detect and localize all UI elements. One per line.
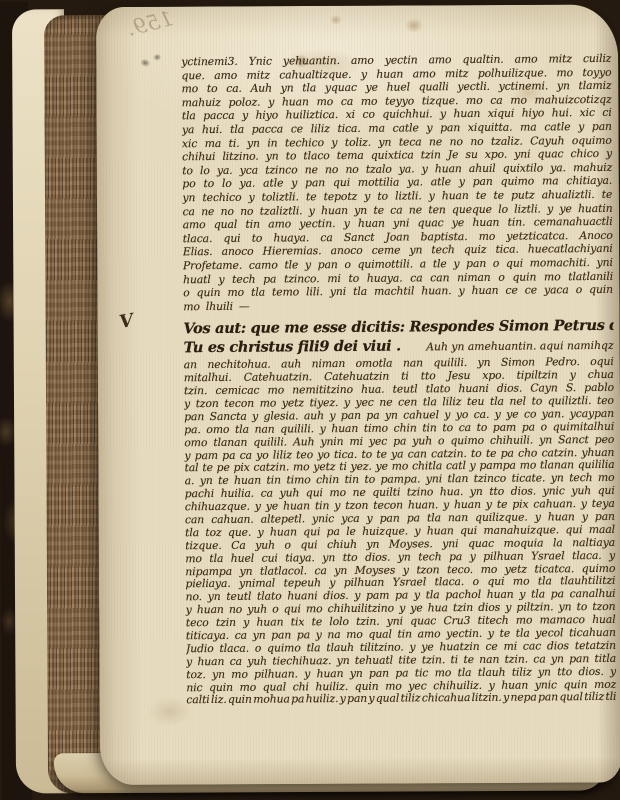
book: 159. V yctinemi3.Ynicyehuantin.amoyectin… <box>0 0 620 800</box>
manuscript-photo: 159. V yctinemi3.Ynicyehuantin.amoyectin… <box>0 0 620 800</box>
paragraph-margin-mark: V <box>118 310 135 333</box>
paragraph-1: yctinemi3.Ynicyehuantin.amoyectinamoqual… <box>181 52 613 314</box>
heading-latin-text: Vos aut: que me esse dicitis: Respondes … <box>183 317 616 339</box>
heading-line-2: Tu es christus fili9 dei viui . Auh yn a… <box>184 336 614 358</box>
heading-line-1: Vos aut: que me esse dicitis: Respondes … <box>183 317 613 339</box>
text-block: yctinemi3.Ynicyehuantin.amoyectinamoqual… <box>181 52 616 708</box>
manuscript-line: caltiliz.quinmohuapahuiliz.ypanyqualtili… <box>186 691 616 707</box>
heading-latin-text: Tu es christus fili9 dei viui . <box>184 337 401 357</box>
heading-nahuatl-text: Auh yn amehuantin. aqui namihqz <box>426 337 614 357</box>
manuscript-page: 159. V yctinemi3.Ynicyehuantin.amoyectin… <box>96 4 620 785</box>
ink-smudge <box>139 57 151 68</box>
folio-number-showthrough: 159. <box>112 6 181 63</box>
paragraph-2: annechitohua.auhnimanomotlananquilili.yn… <box>184 356 617 707</box>
ink-smudge <box>152 53 162 62</box>
latin-heading: Vos aut: que me esse dicitis: Respondes … <box>183 317 613 357</box>
manuscript-line: molhuili— <box>183 297 613 314</box>
